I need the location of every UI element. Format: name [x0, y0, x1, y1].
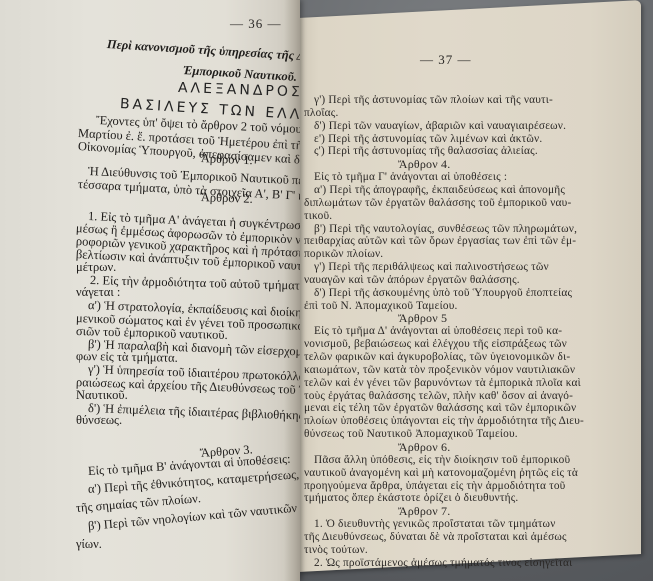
right-page: — 37 — γ') Περὶ τῆς ἀστυνομίας τῶν πλοίω… — [298, 0, 641, 572]
page-number-37: — 37 — — [420, 52, 472, 68]
text-line: γίων. — [76, 536, 102, 552]
page-number-36: — 36 — — [230, 16, 282, 32]
text-line: 2. Εἰς τὴν ἁρμοδιότητα τοῦ αὐτοῦ τμήματο… — [90, 272, 300, 295]
text-line: γ') Περὶ τῆς ἀστυνομίας τῶν πλοίων καὶ τ… — [314, 92, 553, 108]
text-line: 2. Ὡς προϊστάμενος ἀμέσως τμήματός τινος… — [314, 555, 572, 571]
article-heading: Ἄρθρον 1. — [200, 150, 253, 169]
text-line: θύνσεως. — [76, 412, 122, 428]
left-page: — 36 — Περὶ κανονισμοῦ τῆς ὑπηρεσίας τῆς… — [0, 0, 300, 581]
spine-shadow — [284, 0, 300, 581]
text-line: διπλωμάτων τῶν ἐργατῶν θαλάσσης τοῦ ἐμπο… — [304, 195, 571, 211]
royal-name: ΑΛΕΞΑΝΔΡΟΣ — [178, 80, 300, 101]
article-heading: Ἄρθρον 2. — [200, 189, 253, 207]
